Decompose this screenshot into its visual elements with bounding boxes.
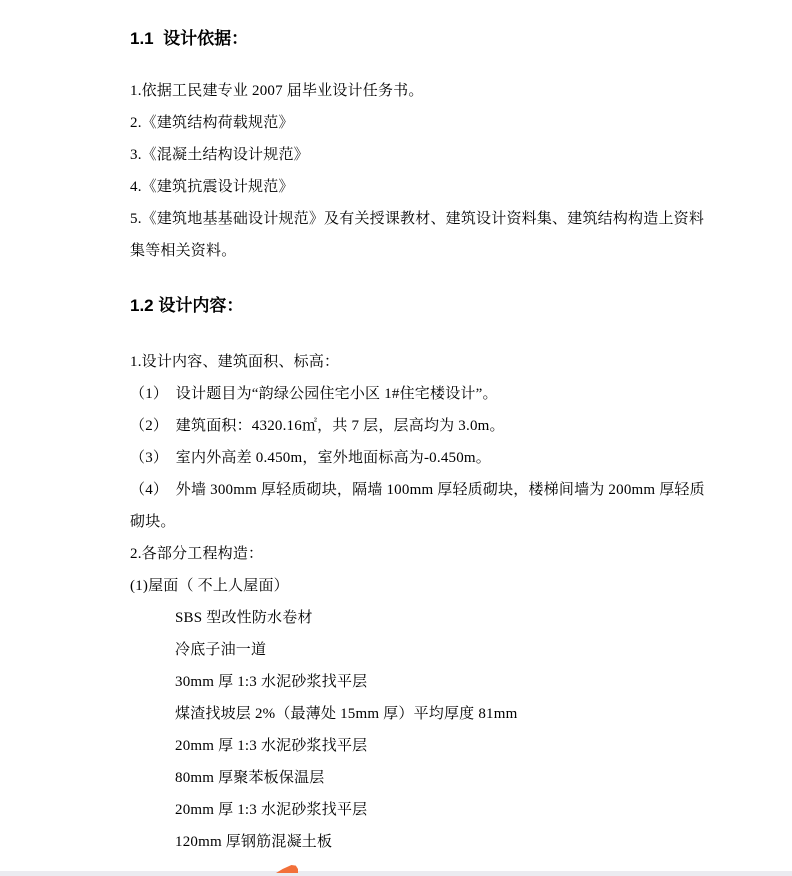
roof-layer-3: 30mm 厚 1:3 水泥砂浆找平层 — [130, 666, 714, 698]
roof-layer-8: 120mm 厚钢筋混凝土板 — [130, 826, 714, 858]
roof-heading: (1)屋面（ 不上人屋面） — [130, 570, 714, 602]
numbered-item-3: （3） 室内外高差 0.450m，室外地面标高为-0.450m。 — [130, 442, 714, 474]
horizontal-scrollbar-track[interactable] — [0, 871, 792, 876]
section-2-heading: 1.2 设计内容： — [130, 294, 714, 318]
document-page: 1.1 设计依据： 1.依据工民建专业 2007 届毕业设计任务书。 2.《建筑… — [130, 0, 714, 858]
section-1-heading: 1.1 设计依据： — [130, 27, 714, 51]
orange-marker-icon — [276, 865, 298, 873]
roof-layer-1: SBS 型改性防水卷材 — [130, 602, 714, 634]
reference-item-3: 3.《混凝土结构设计规范》 — [130, 139, 714, 171]
numbered-item-1: （1） 设计题目为“韵绿公园住宅小区 1#住宅楼设计”。 — [130, 378, 714, 410]
roof-layer-4: 煤渣找坡层 2%（最薄处 15mm 厚）平均厚度 81mm — [130, 698, 714, 730]
roof-layer-7: 20mm 厚 1:3 水泥砂浆找平层 — [130, 794, 714, 826]
numbered-item-4: （4） 外墙 300mm 厚轻质砌块，隔墙 100mm 厚轻质砌块，楼梯间墙为 … — [130, 474, 714, 538]
reference-item-2: 2.《建筑结构荷载规范》 — [130, 107, 714, 139]
roof-layer-2: 冷底子油一道 — [130, 634, 714, 666]
roof-layer-5: 20mm 厚 1:3 水泥砂浆找平层 — [130, 730, 714, 762]
reference-item-5: 5.《建筑地基基础设计规范》及有关授课教材、建筑设计资料集、建筑结构构造上资料集… — [130, 203, 714, 267]
roof-layer-6: 80mm 厚聚苯板保温层 — [130, 762, 714, 794]
content-intro: 1.设计内容、建筑面积、标高： — [130, 346, 714, 378]
construction-intro: 2.各部分工程构造： — [130, 538, 714, 570]
numbered-item-2: （2） 建筑面积：4320.16㎡，共 7 层，层高均为 3.0m。 — [130, 410, 714, 442]
reference-item-1: 1.依据工民建专业 2007 届毕业设计任务书。 — [130, 75, 714, 107]
reference-item-4: 4.《建筑抗震设计规范》 — [130, 171, 714, 203]
